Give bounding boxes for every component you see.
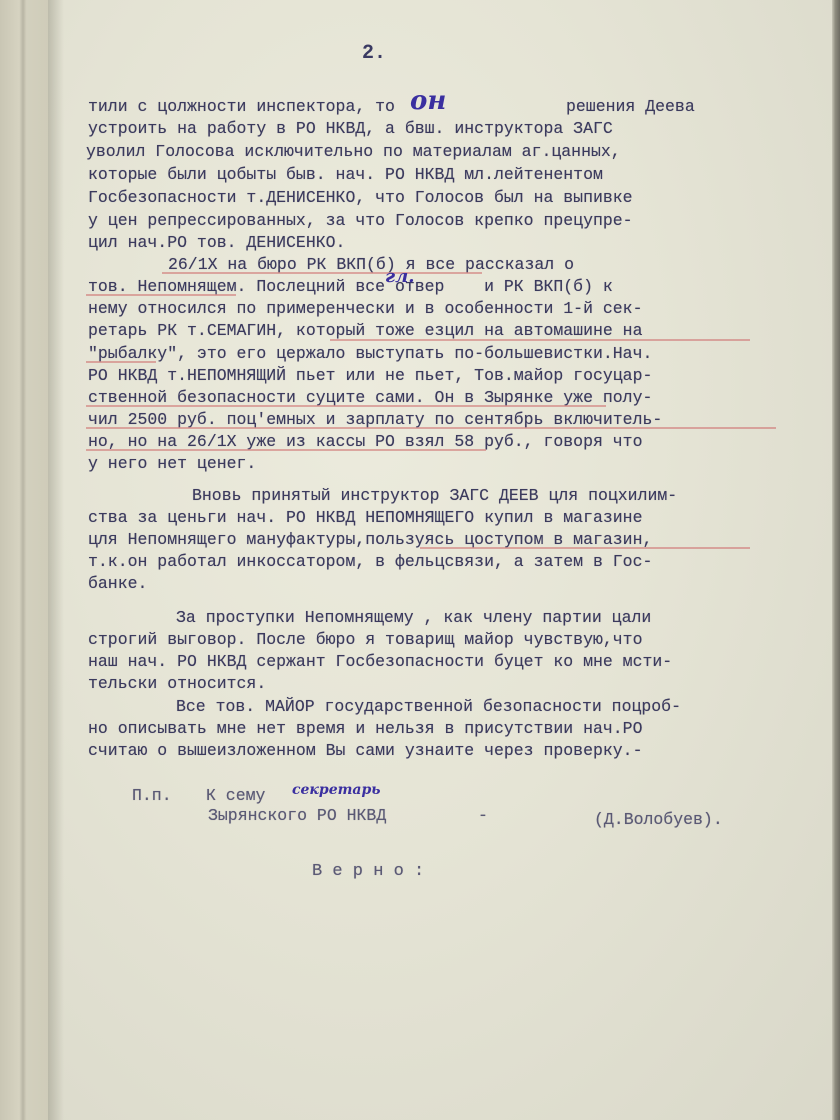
- red-underline: [86, 361, 156, 363]
- text-line: банке.: [88, 574, 147, 593]
- text-line: т.к.он работал инкоссатором, в фельцсвяз…: [88, 552, 652, 571]
- red-underline: [420, 547, 750, 549]
- page-number: 2.: [362, 42, 386, 65]
- text-line: ретарь РК т.СЕМАГИН, который тоже езцил …: [88, 321, 643, 340]
- text-line: наш нач. РО НКВД сержант Госбезопасности…: [88, 652, 672, 671]
- binding-shadow: [48, 0, 64, 1120]
- text-line: "рыбалку", это его цержало выступать по-…: [88, 344, 652, 363]
- signature-line-1: К сему: [206, 786, 265, 805]
- text-line: РО НКВД т.НЕПОМНЯЩИЙ пьет или не пьет, Т…: [88, 366, 652, 385]
- text-line: устроить на работу в РО НКВД, а бвш. инс…: [88, 119, 613, 138]
- text-line: За проступки Непомнящему , как члену пар…: [176, 608, 651, 627]
- text-line: Все тов. МАЙОР государственной безопасно…: [176, 697, 681, 716]
- text-line: Госбезопасности т.ДЕНИСЕНКО, что Голосов…: [88, 188, 633, 207]
- signature-line-2: Зырянского РО НКВД: [208, 806, 386, 825]
- text-line: строгий выговор. После бюро я товарищ ма…: [88, 630, 643, 649]
- red-underline: [86, 427, 776, 429]
- red-underline: [162, 272, 482, 274]
- red-underline: [330, 339, 750, 341]
- text-line: уволил Голосова исключительно по материа…: [86, 142, 621, 161]
- red-underline: [86, 294, 236, 296]
- signatory-name: (Д.Волобуев).: [594, 810, 723, 829]
- text-line: ства за ценьги нач. РО НКВД НЕПОМНЯЩЕГО …: [88, 508, 643, 527]
- text-line: цил нач.РО тов. ДЕНИСЕНКО.: [88, 233, 345, 252]
- certification-label: В е р н о :: [312, 862, 424, 881]
- text-line: считаю о вышеизложенном Вы сами узнаите …: [88, 741, 643, 760]
- text-line: тельски относится.: [88, 674, 266, 693]
- text-line: у него нет ценег.: [88, 454, 256, 473]
- text-line: у цен репрессированных, за что Голосов к…: [88, 211, 633, 230]
- binding-edge: [0, 0, 48, 1120]
- text-line: тили с цолжности инспектора, то: [88, 97, 395, 116]
- text-line: которые были цобыты быв. нач. РО НКВД мл…: [88, 165, 603, 184]
- handwritten-title: секретарь: [292, 782, 381, 798]
- red-underline: [86, 449, 486, 451]
- signature-dash: -: [478, 806, 488, 825]
- text-line: решения Деева: [566, 97, 695, 116]
- text-line: Вновь принятый инструктор ЗАГС ДЕЕВ цля …: [192, 486, 677, 505]
- page-edge: [832, 0, 840, 1120]
- signature-prefix: П.п.: [132, 786, 172, 805]
- text-line: но описывать мне нет время и нельзя в пр…: [88, 719, 643, 738]
- handwritten-insert: гл.: [385, 266, 415, 287]
- handwritten-insert: он: [410, 86, 446, 116]
- text-line: нему относился по примеренчески и в особ…: [88, 299, 643, 318]
- red-underline: [86, 405, 606, 407]
